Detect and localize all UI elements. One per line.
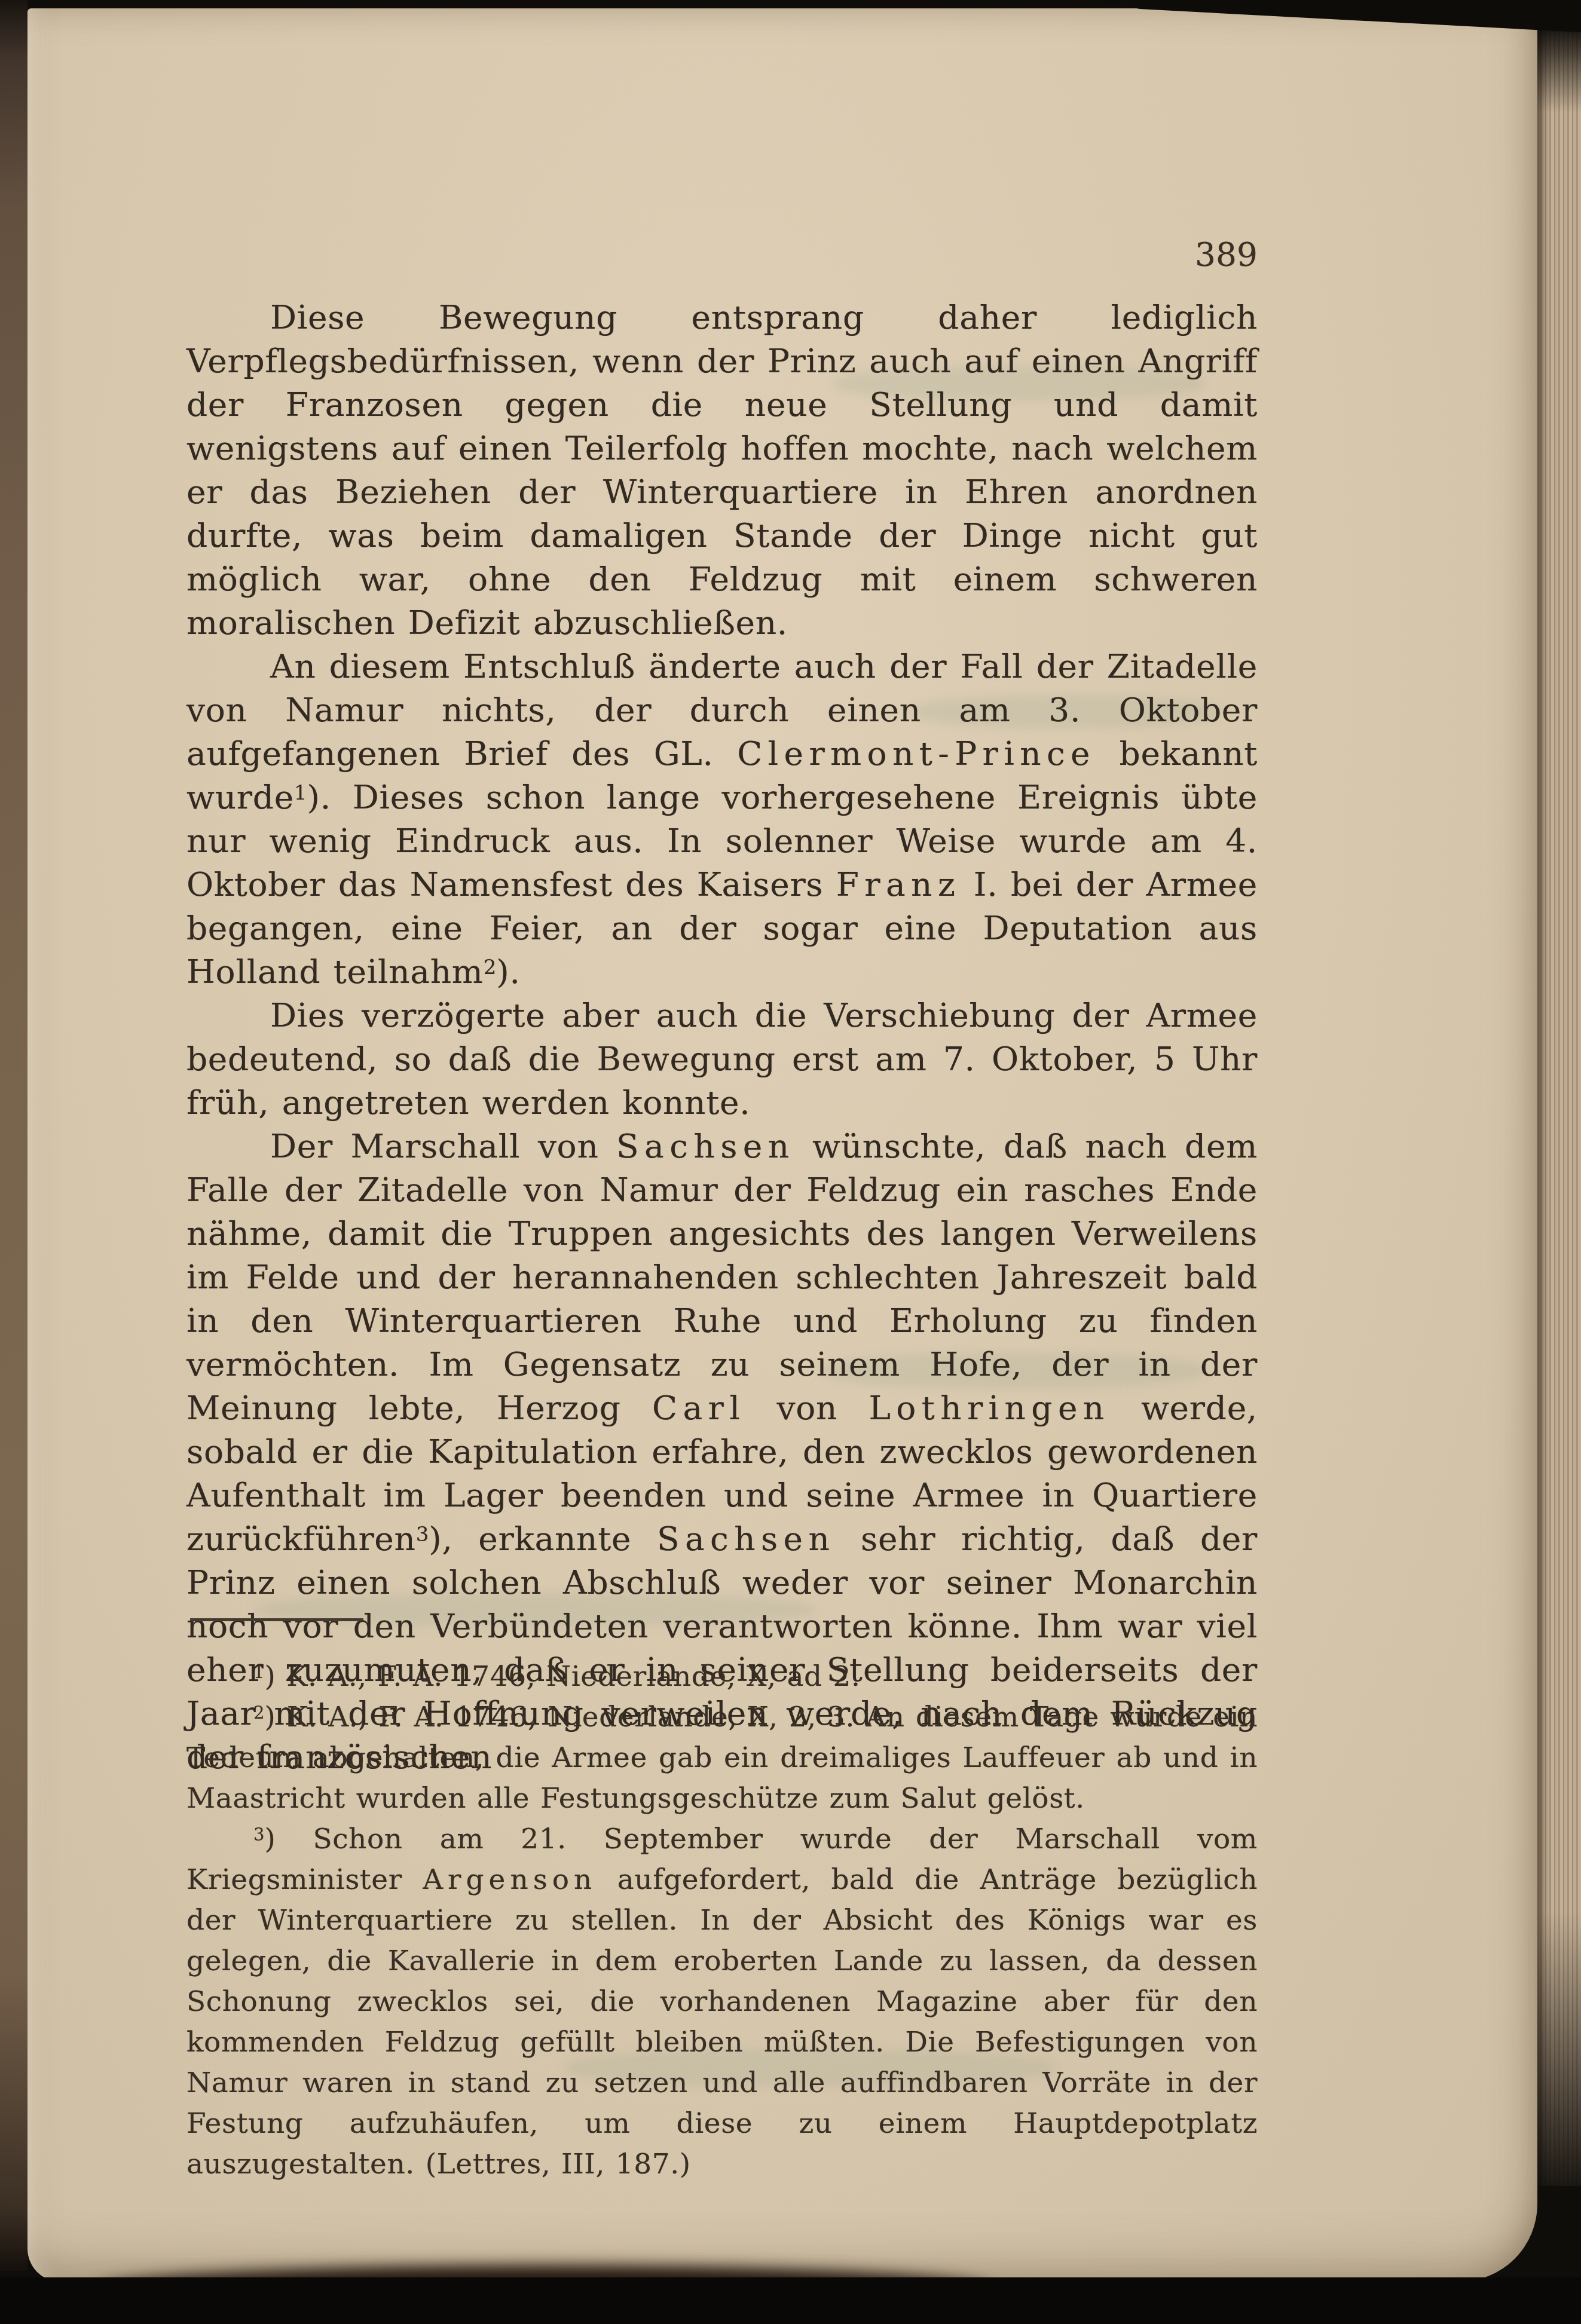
footnote-ref: 2 [484,956,497,979]
text-run: von [745,1389,869,1427]
text-run: ) K. A., F. A. 1746, Niederlande, X, 2, … [186,1701,1258,1815]
footnote-ref: 3 [253,1824,265,1845]
text-run: Der Marschall von [270,1127,616,1165]
footnote-ref: 3 [416,1523,429,1547]
text-run: wünschte, daß nach dem Falle der Zitadel… [186,1127,1258,1427]
book-page: 389 Diese Bewegung entsprang daher ledig… [27,8,1537,2282]
spaced-name: Sachsen [616,1127,794,1165]
book-spine-edge [0,0,27,2271]
footnote: 1) K. A., F. A. 1746, Niederlande, X, ad… [186,1656,1258,1697]
text-run: Diese Bewegung entsprang daher lediglich… [186,298,1258,642]
body-paragraph: An diesem Entschluß änderte auch der Fal… [186,645,1258,994]
footnotes: 1) K. A., F. A. 1746, Niederlande, X, ad… [186,1656,1258,2185]
footnote-ref: 1 [294,781,307,805]
footnote: 3) Schon am 21. September wurde der Mars… [186,1819,1258,2185]
text-run: aufgefordert, bald die Anträge bezüglich… [186,1863,1258,2181]
text-run: Dies verzögerte aber auch die Verschiebu… [186,996,1258,1122]
spaced-name: Carl [652,1389,745,1427]
spaced-name: Clermont-Prince [737,734,1096,773]
body-text: Diese Bewegung entsprang daher lediglich… [186,296,1258,1779]
book-fore-edge [1537,29,1581,2186]
text-run: ), erkannte [429,1520,657,1558]
scanner-background-bottom [0,2277,1581,2324]
footnote-separator-rule [190,1618,363,1621]
spaced-name: Argenson [423,1863,597,1896]
footnote-ref: 2 [253,1703,265,1723]
text-run: ) K. A., F. A. 1746, Niederlande, X, ad … [265,1660,861,1693]
spaced-name: Sachsen [657,1520,835,1558]
page-number: 389 [186,235,1258,274]
body-paragraph: Dies verzögerte aber auch die Verschiebu… [186,994,1258,1125]
spaced-name: Lothringen [869,1389,1109,1427]
spaced-name: Franz [836,865,961,904]
body-paragraph: Diese Bewegung entsprang daher lediglich… [186,296,1258,645]
scan-background: { "page_number": "389", "colors": { "pap… [0,0,1581,2324]
text-run: ). [496,953,520,991]
footnote-ref: 1 [253,1662,265,1682]
footnote: 2) K. A., F. A. 1746, Niederlande, X, 2,… [186,1697,1258,1819]
